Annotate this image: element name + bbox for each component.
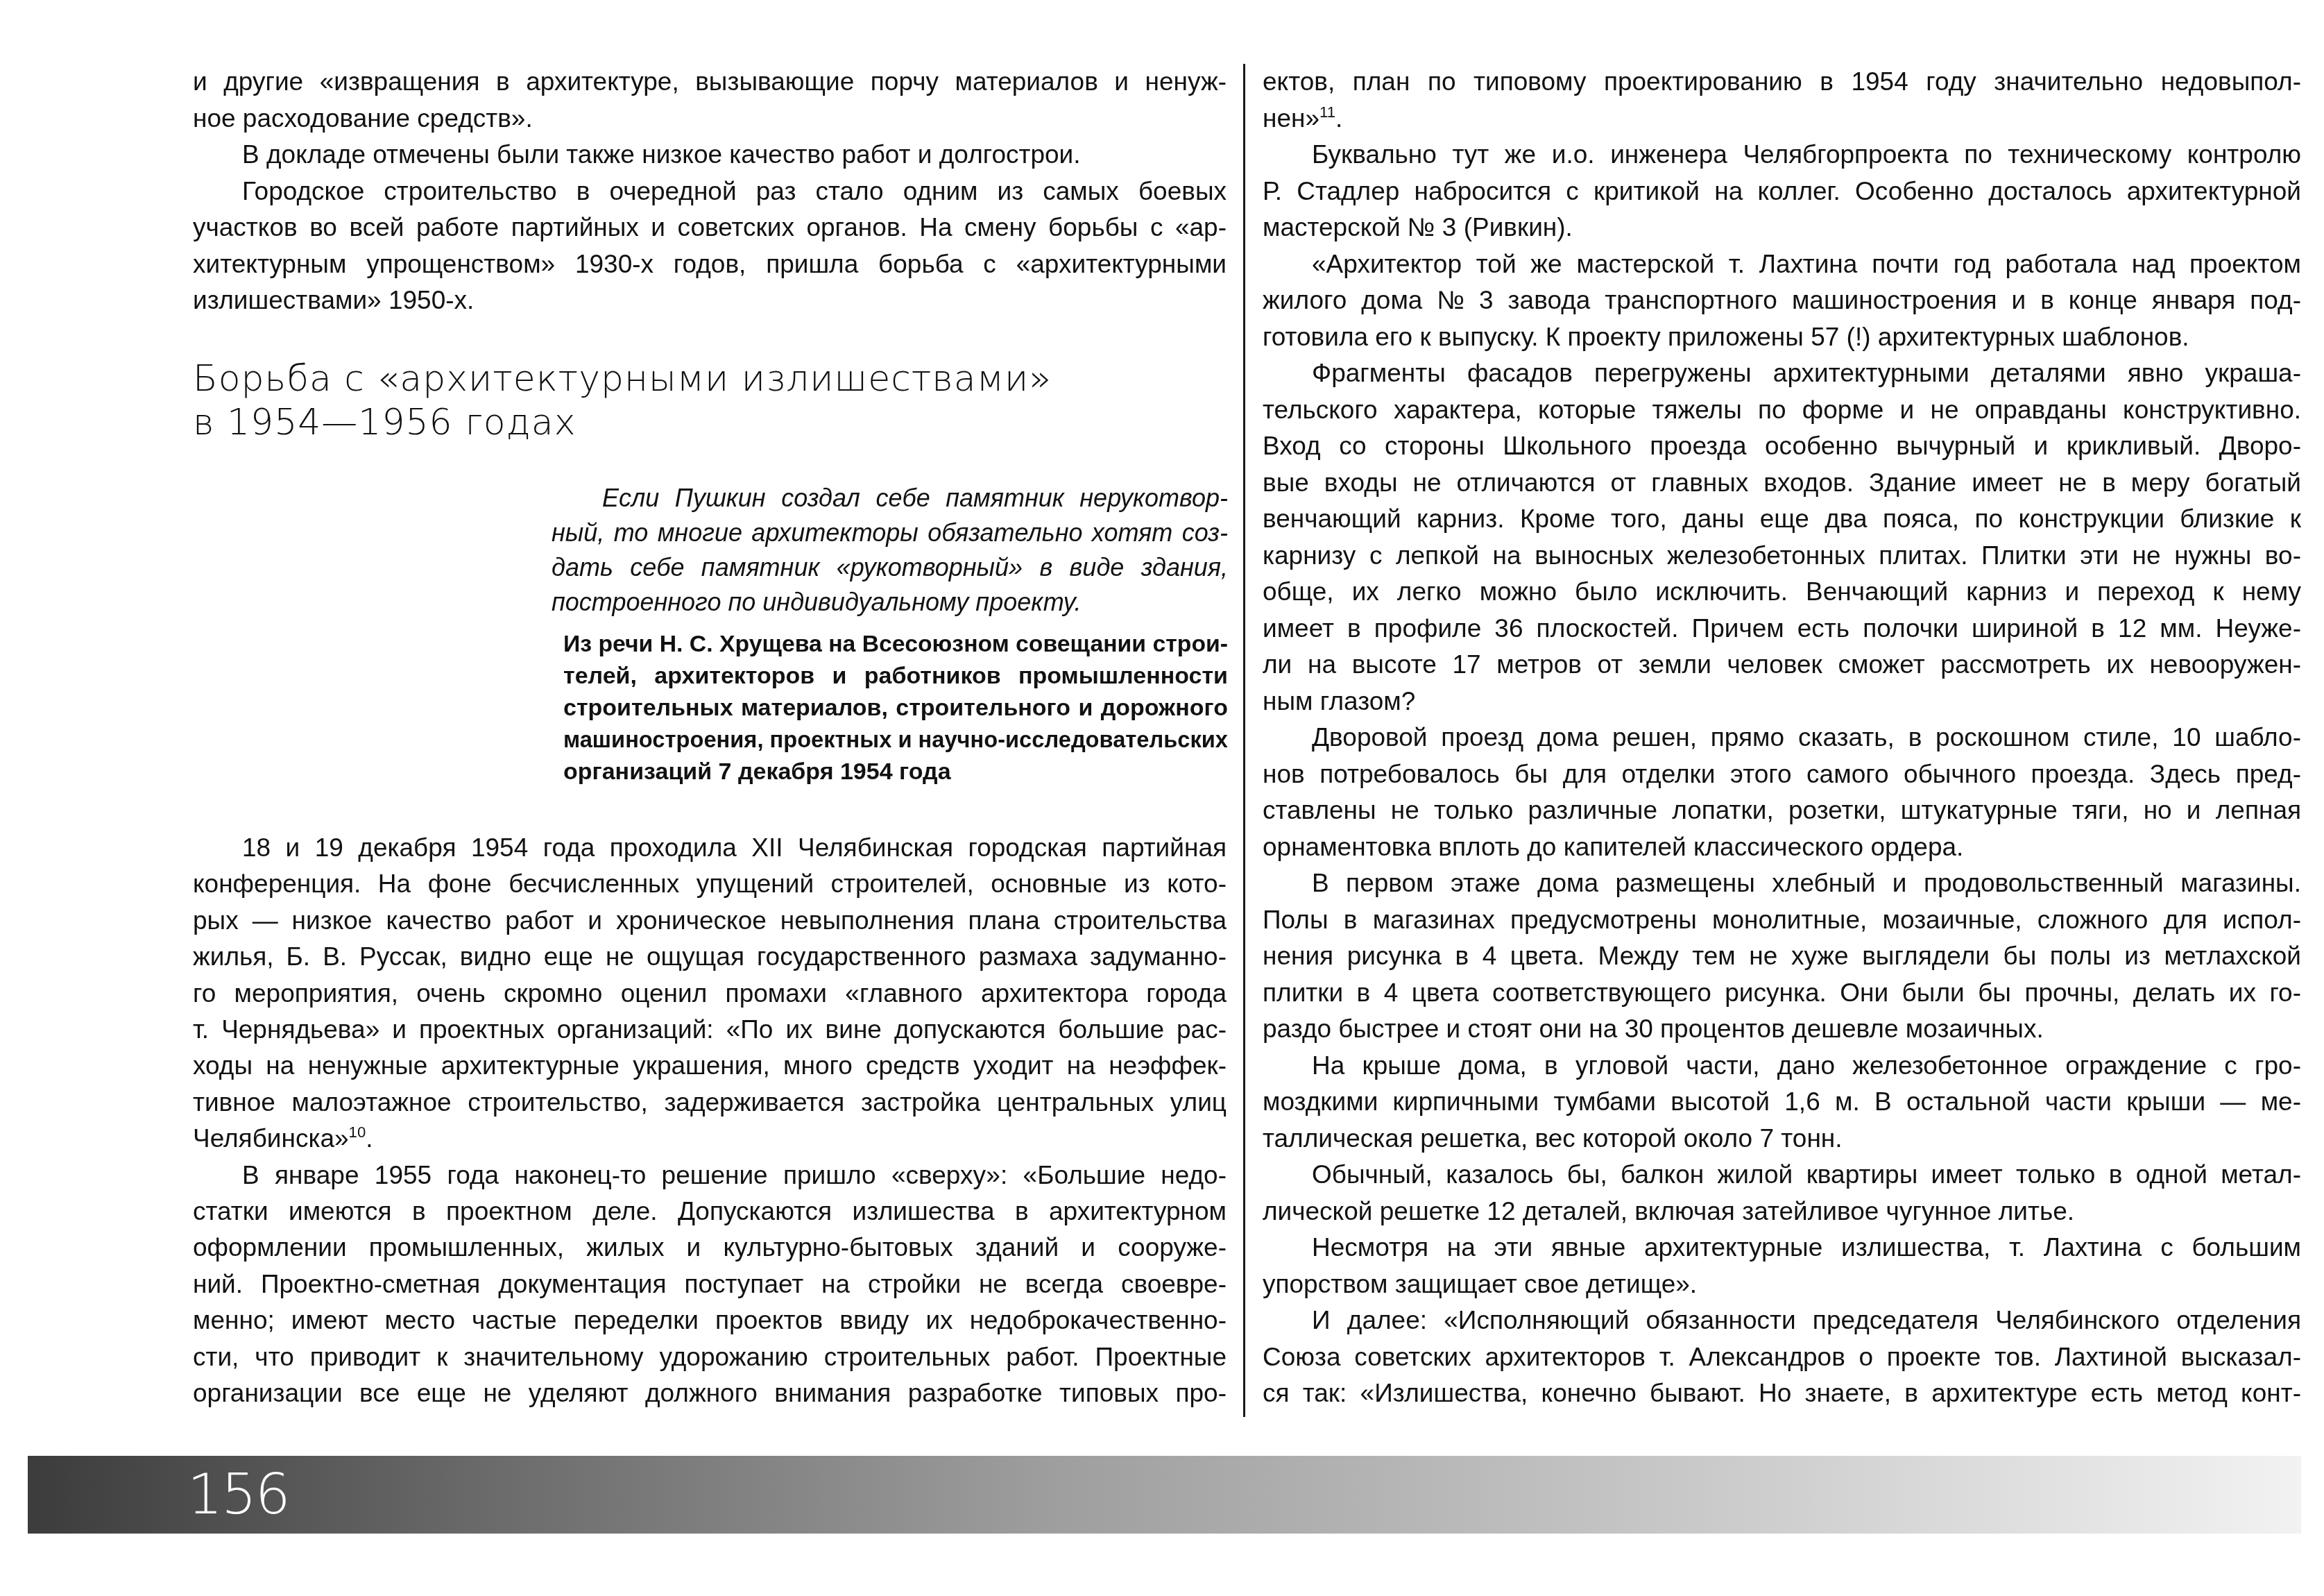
text-line: «Архитектор той же мастерской т. Лахтина…: [1263, 246, 2301, 282]
epigraph-line: ный, то многие архитекторы обязательно х…: [552, 516, 1228, 550]
text-line: Полы в магазинах предусмотрены монолитны…: [1263, 902, 2301, 938]
page-number: 156: [187, 1463, 289, 1527]
text-line: орнаментовка вплоть до капителей классич…: [1263, 829, 2301, 865]
text-line: И далее: «Исполняющий обязанности предсе…: [1263, 1302, 2301, 1339]
text-line: ное расходование средств».: [193, 101, 1227, 137]
footnote-ref: 11: [1319, 103, 1335, 121]
attribution-line: организаций 7 декабря 1954 года: [563, 756, 1228, 788]
text-line: жилья, Б. В. Руссак, видно еще не ощущая…: [193, 939, 1227, 975]
text-line: менно; имеют место частые переделки прое…: [193, 1302, 1227, 1339]
text-line: лической решетке 12 деталей, включая зат…: [1263, 1194, 2301, 1230]
right-column: ектов, план по типовому проектированию в…: [1263, 64, 2301, 1424]
epigraph-line: дать себе памятник «рукотворный» в виде …: [552, 550, 1228, 585]
text-line: нен»11.: [1263, 101, 2301, 137]
text-line: Городское строительство в очередной раз …: [193, 173, 1227, 210]
text-line: В первом этаже дома размещены хлебный и …: [1263, 865, 2301, 901]
text-line: участков во всей работе партийных и сове…: [193, 210, 1227, 246]
text-line: Фрагменты фасадов перегружены архитектур…: [1263, 355, 2301, 391]
text-line: Дворовой проезд дома решен, прямо сказат…: [1263, 720, 2301, 756]
text-line: плитки в 4 цвета соответствующего рисунк…: [1263, 975, 2301, 1011]
footnote-ref: 10: [349, 1123, 366, 1141]
text-line: сти, что приводит к значительному удорож…: [193, 1339, 1227, 1375]
text-line: рых — низкое качество работ и хроническо…: [193, 903, 1227, 939]
text-line: моздкими кирпичными тумбами высотой 1,6 …: [1263, 1084, 2301, 1120]
text-line: хитектурным упрощенством» 1930-х годов, …: [193, 246, 1227, 282]
text-line: ектов, план по типовому проектированию в…: [1263, 64, 2301, 100]
text-line: имеет в профиле 36 плоскостей. Причем ес…: [1263, 611, 2301, 647]
text-line: Союза советских архитекторов т. Александ…: [1263, 1339, 2301, 1375]
text-line: упорством защищает свое детище».: [1263, 1266, 2301, 1302]
attribution-line: телей, архитекторов и работников промышл…: [563, 660, 1228, 692]
text-line: Вход со стороны Школьного проезда особен…: [1263, 428, 2301, 464]
column-divider: [1243, 64, 1245, 1417]
text-line: 18 и 19 декабря 1954 года проходила XII …: [193, 830, 1227, 866]
text-line: конференция. На фоне бесчисленных упущен…: [193, 866, 1227, 902]
attribution-line: Из речи Н. С. Хрущева на Всесоюзном сове…: [563, 628, 1228, 660]
heading-line-2: в 1954—1956 годах: [193, 401, 1164, 445]
text-line: ли на высоте 17 метров от земли человек …: [1263, 647, 2301, 683]
text-line: жилого дома № 3 завода транспортного маш…: [1263, 282, 2301, 319]
text-line: ний. Проектно-сметная документация посту…: [193, 1266, 1227, 1302]
text-line: раздо быстрее и стоят они на 30 проценто…: [1263, 1011, 2301, 1047]
text-line: ставлены не только различные лопатки, ро…: [1263, 792, 2301, 829]
text-line: В докладе отмечены были также низкое кач…: [193, 137, 1227, 173]
text-line: мастерской № 3 (Ривкин).: [1263, 210, 2301, 246]
epigraph-line: Если Пушкин создал себе памятник нерукот…: [552, 481, 1228, 516]
text-line: ным глазом?: [1263, 684, 2301, 720]
text-line: вые входы не отличаются от главных входо…: [1263, 465, 2301, 501]
text-line: готовила его к выпуску. К проекту прилож…: [1263, 319, 2301, 355]
text-line: На крыше дома, в угловой части, дано жел…: [1263, 1048, 2301, 1084]
text-line: Несмотря на эти явные архитектурные изли…: [1263, 1230, 2301, 1266]
text-line: ходы на ненужные архитектурные украшения…: [193, 1048, 1227, 1084]
text-line: таллическая решетка, вес которой около 7…: [1263, 1121, 2301, 1157]
text-line: обще, их легко можно было исключить. Вен…: [1263, 574, 2301, 610]
attribution-line: машиностроения, проектных и научно-иссле…: [563, 724, 1228, 756]
text-line: и другие «извращения в архитектуре, вызы…: [193, 64, 1227, 100]
attribution-line: строительных материалов, строительного и…: [563, 692, 1228, 724]
text-line: тивное малоэтажное строительство, задерж…: [193, 1085, 1227, 1121]
text-line: т. Чернядьева» и проектных организаций: …: [193, 1012, 1227, 1048]
text-line: тельского характера, которые тяжелы по ф…: [1263, 392, 2301, 428]
text-line: Обычный, казалось бы, балкон жилой кварт…: [1263, 1157, 2301, 1193]
text-line: Челябинска»10.: [193, 1121, 1227, 1157]
text-line: статки имеются в проектном деле. Допуска…: [193, 1194, 1227, 1230]
text-line: венчающий карниз. Кроме того, даны еще д…: [1263, 501, 2301, 537]
text-line: го мероприятия, очень скромно оценил про…: [193, 976, 1227, 1012]
text-line: Р. Стадлер набросится с критикой на колл…: [1263, 173, 2301, 210]
text-line: В январе 1955 года наконец-то решение пр…: [193, 1157, 1227, 1194]
text-line: излишествами» 1950-х.: [193, 282, 1227, 319]
heading-line-1: Борьба с «архитектурными излишествами»: [193, 357, 1164, 401]
text-line: ся так: «Излишества, конечно бывают. Но …: [1263, 1375, 2301, 1411]
text-line: карнизу с лепкой на выносных железобетон…: [1263, 538, 2301, 574]
footer-gradient-bar: [28, 1456, 2301, 1534]
epigraph-line: построенного по индивидуальному проекту.: [552, 585, 1228, 620]
text-line: нов потребовалось бы для отделки этого с…: [1263, 756, 2301, 792]
section-heading: Борьба с «архитектурными излишествами» в…: [193, 357, 1164, 445]
text-line: Буквально тут же и.о. инженера Челябгорп…: [1263, 137, 2301, 173]
text-line: оформлении промышленных, жилых и культур…: [193, 1230, 1227, 1266]
text-line: организации все еще не уделяют должного …: [193, 1375, 1227, 1411]
text-line: нения рисунка в 4 цвета. Между тем не ху…: [1263, 938, 2301, 974]
